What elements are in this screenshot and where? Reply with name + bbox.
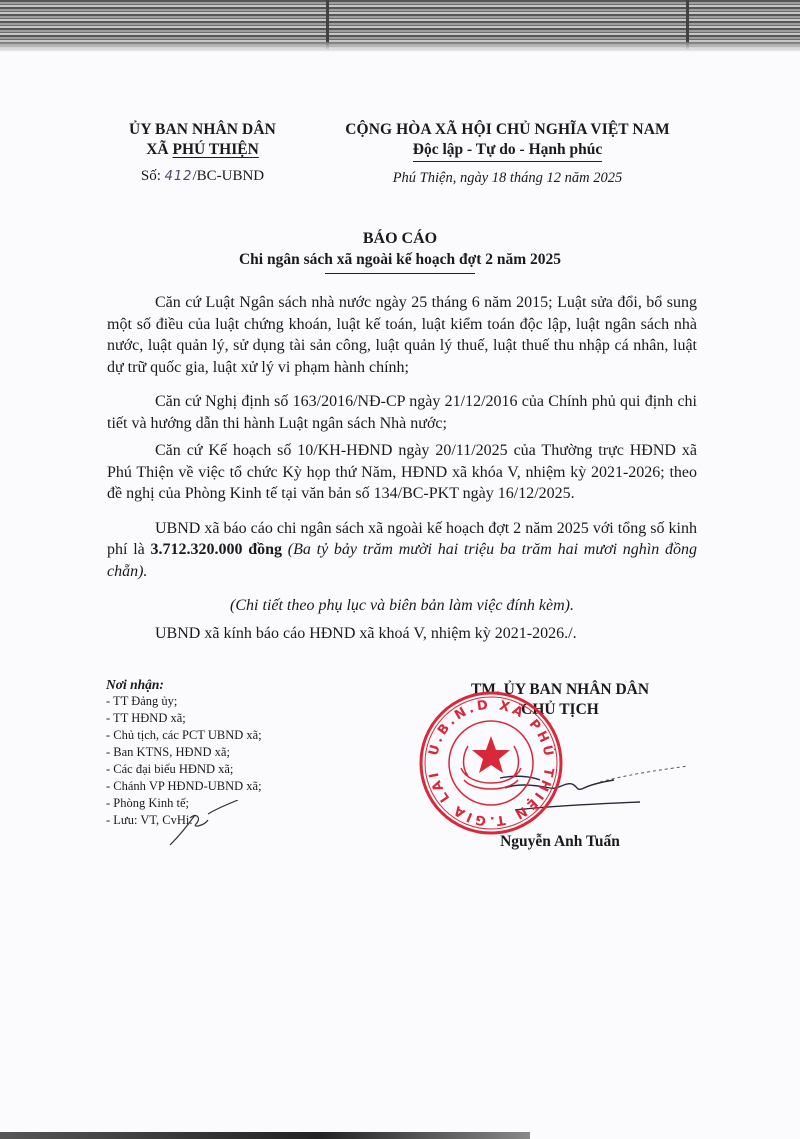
document-number: Số: 412/BC-UBND xyxy=(110,168,295,185)
total-amount: 3.712.320.000 đồng xyxy=(150,541,282,558)
handwritten-number: 412 xyxy=(165,169,193,184)
recipients-title: Nơi nhận: xyxy=(106,676,326,693)
organization-commune: XÃ PHÚ THIỆN xyxy=(110,140,295,160)
signer-position: CHỦ TỊCH xyxy=(440,700,680,720)
paragraph-report: UBND xã báo cáo chi ngân sách xã ngoài k… xyxy=(107,518,697,583)
document-subject: Chi ngân sách xã ngoài kế hoạch đợt 2 nă… xyxy=(100,250,700,270)
recipient-item: - Ban KTNS, HĐND xã; xyxy=(106,744,326,761)
document-body: Căn cứ Luật Ngân sách nhà nước ngày 25 t… xyxy=(107,292,697,644)
recipients-list: - TT Đảng ủy;- TT HĐND xã;- Chủ tịch, cá… xyxy=(106,693,326,829)
recipients: Nơi nhận: - TT Đảng ủy;- TT HĐND xã;- Ch… xyxy=(106,676,326,829)
scan-artifact-top xyxy=(0,0,800,52)
issuing-authority: ỦY BAN NHÂN DÂN XÃ PHÚ THIỆN Số: 412/BC-… xyxy=(110,120,295,185)
attachment-note: (Chi tiết theo phụ lục và biên bản làm v… xyxy=(107,595,697,617)
handwritten-signature xyxy=(480,760,690,820)
scan-artifact-bottom xyxy=(0,1132,530,1139)
recipient-item: - Chủ tịch, các PCT UBND xã; xyxy=(106,727,326,744)
paragraph-legal-basis-1: Căn cứ Luật Ngân sách nhà nước ngày 25 t… xyxy=(107,292,697,378)
paragraph-legal-basis-2: Căn cứ Nghị định số 163/2016/NĐ-CP ngày … xyxy=(107,391,697,434)
recipient-item: - Chánh VP HĐND-UBND xã; xyxy=(106,778,326,795)
document-title: BÁO CÁO Chi ngân sách xã ngoài kế hoạch … xyxy=(100,228,700,274)
signer-name: Nguyễn Anh Tuấn xyxy=(440,833,680,851)
paragraph-legal-basis-3: Căn cứ Kế hoạch số 10/KH-HĐND ngày 20/11… xyxy=(107,440,697,505)
recipient-item: - TT Đảng ủy; xyxy=(106,693,326,710)
signature-block: TM. ỦY BAN NHÂN DÂN CHỦ TỊCH Nguyễn Anh … xyxy=(440,680,680,720)
recipient-item: - TT HĐND xã; xyxy=(106,710,326,727)
motto: Độc lập - Tự do - Hạnh phúc xyxy=(325,140,690,162)
recipient-item: - Lưu: VT, CvHi. xyxy=(106,812,326,829)
recipient-item: - Phòng Kinh tế; xyxy=(106,795,326,812)
signer-title: TM. ỦY BAN NHÂN DÂN xyxy=(440,680,680,700)
title-rule xyxy=(325,273,475,274)
organization-name: ỦY BAN NHÂN DÂN xyxy=(110,120,295,140)
national-motto: CỘNG HÒA XÃ HỘI CHỦ NGHĨA VIỆT NAM Độc l… xyxy=(325,120,690,187)
closing-line: UBND xã kính báo cáo HĐND xã khoá V, nhi… xyxy=(107,623,697,645)
document-type: BÁO CÁO xyxy=(100,228,700,250)
nation-name: CỘNG HÒA XÃ HỘI CHỦ NGHĨA VIỆT NAM xyxy=(325,120,690,140)
place-date: Phú Thiện, ngày 18 tháng 12 năm 2025 xyxy=(325,170,690,187)
recipient-item: - Các đại biểu HĐND xã; xyxy=(106,761,326,778)
